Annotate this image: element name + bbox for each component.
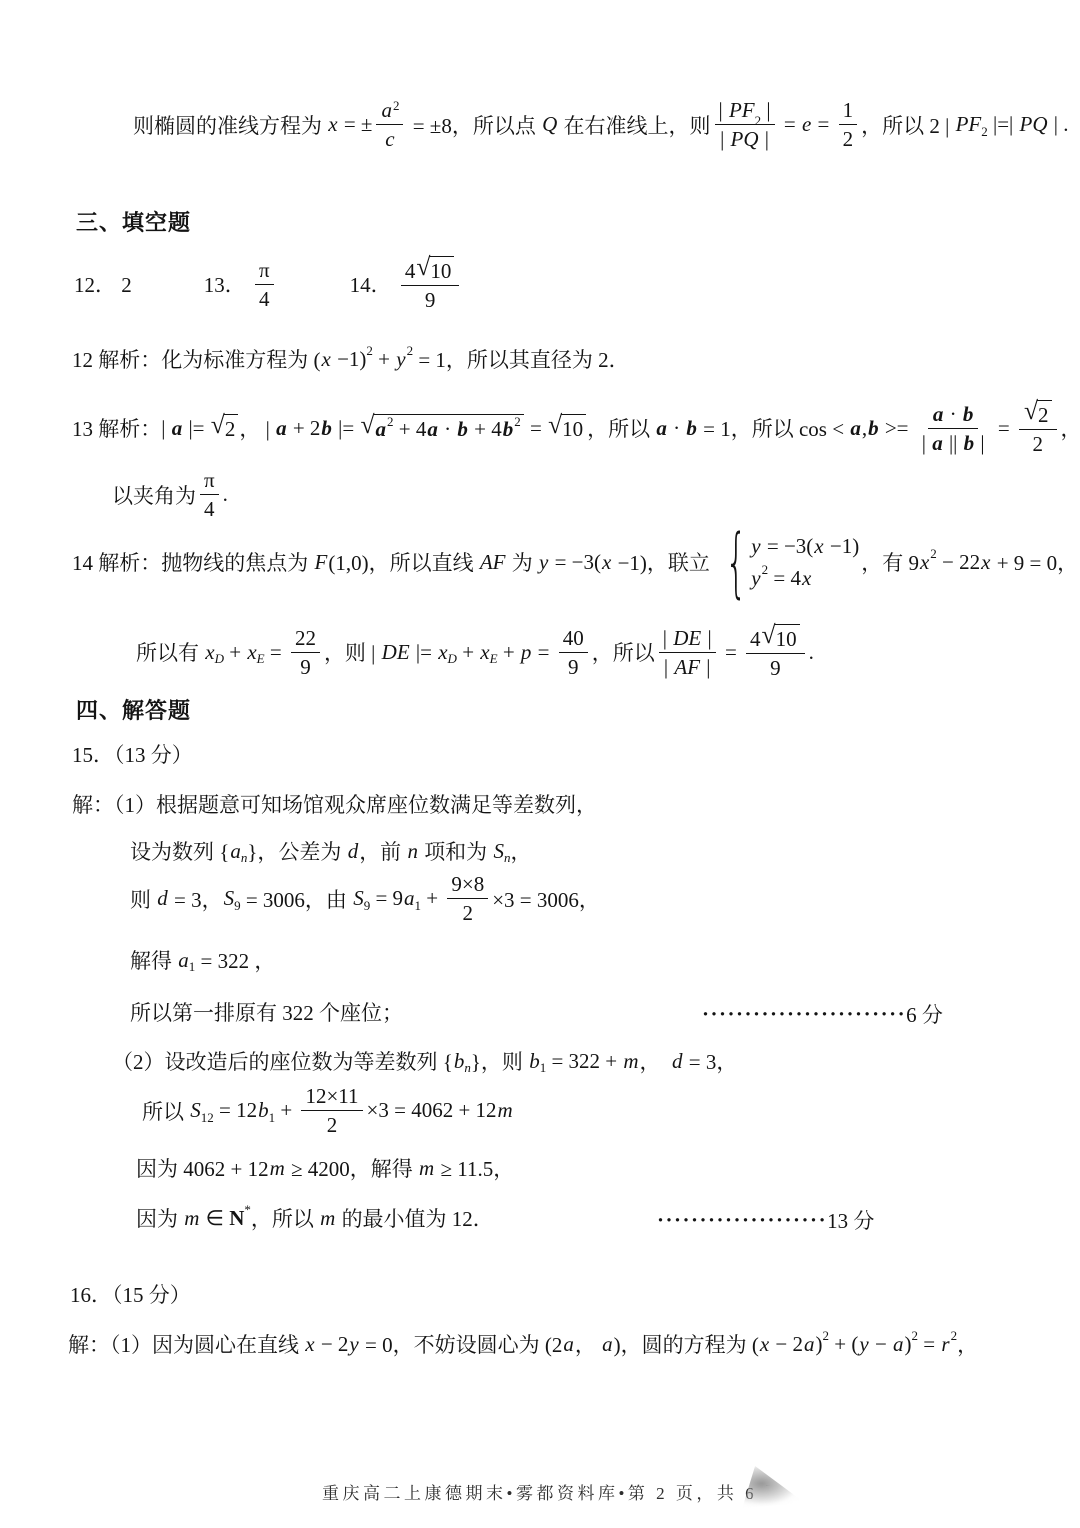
- score-marker-6: ························6 分: [702, 999, 943, 1029]
- solution-14-line-1: 14 解析：抛物线的焦点为 F(1,0)，所以直线 AF 为 y = −3(x …: [72, 530, 1078, 595]
- score-marker-13: ····················13 分: [657, 1205, 874, 1235]
- page-footer: 重庆高二上康德期末•雾都资料库•第 2 页，共 6 页: [322, 1479, 785, 1504]
- page-curl-shadow: [741, 1466, 805, 1508]
- p15-part1-step1: 解：（1）根据题意可知场馆观众席座位数满足等差数列，: [72, 789, 597, 819]
- problem-16-header: 16．（15 分）: [70, 1279, 191, 1309]
- answers-row-12-13-14: 12． 213． π414． 4√109: [74, 256, 463, 312]
- p16-part1-step1: 解：（1）因为圆心在直线 x − 2y = 0，不妨设圆心为 (2a， a)，圆…: [68, 1329, 978, 1359]
- solution-13-line-2: 以夹角为π4.: [112, 468, 228, 521]
- p15-part2-step2: 所以 S12 = 12b1 + 12×112×3 = 4062 + 12m: [142, 1084, 514, 1137]
- p15-part1-step3: 则 d = 3，S9 = 3006，由 S9 = 9a1 + 9×82×3 = …: [130, 872, 600, 925]
- p15-part1-step4: 解得 a1 = 322 ，: [130, 945, 275, 975]
- p15-part1-step2: 设为数列 {an}，公差为 d，前 n 项和为 Sn，: [130, 836, 531, 866]
- solution-14-line-2: 所以有 xD + xE = 229，则 | DE |= xD + xE + p …: [136, 624, 814, 680]
- p15-part2-step1: （2）设改造后的座位数为等差数列 {bn}，则 b1 = 322 + m， d …: [112, 1046, 737, 1076]
- ellipse-directrix-derivation-line: 则椭圆的准线方程为 x = ±a2c = ±8，所以点 Q 在右准线上，则| P…: [133, 98, 1068, 151]
- p15-part1-conclusion: 所以第一排原有 322 个座位；: [130, 997, 403, 1027]
- p15-part2-conclusion: 因为 m ∈ N*，所以 m 的最小值为 12．: [136, 1203, 494, 1233]
- solution-12-line: 12 解析：化为标准方程为 (x −1)2 + y2 = 1，所以其直径为 2．: [72, 344, 630, 374]
- section-heading-fill-in-blanks: 三、填空题: [76, 206, 191, 237]
- section-heading-free-response: 四、解答题: [76, 694, 191, 725]
- p15-part2-step3: 因为 4062 + 12m ≥ 4200，解得 m ≥ 11.5，: [136, 1153, 514, 1183]
- solution-13-line-1: 13 解析：| a |= √2， | a + 2b |= √a2 + 4a · …: [72, 400, 1080, 456]
- answer-key-page: 则椭圆的准线方程为 x = ±a2c = ±8，所以点 Q 在右准线上，则| P…: [0, 0, 1080, 1528]
- problem-15-header: 15．（13 分）: [72, 739, 193, 769]
